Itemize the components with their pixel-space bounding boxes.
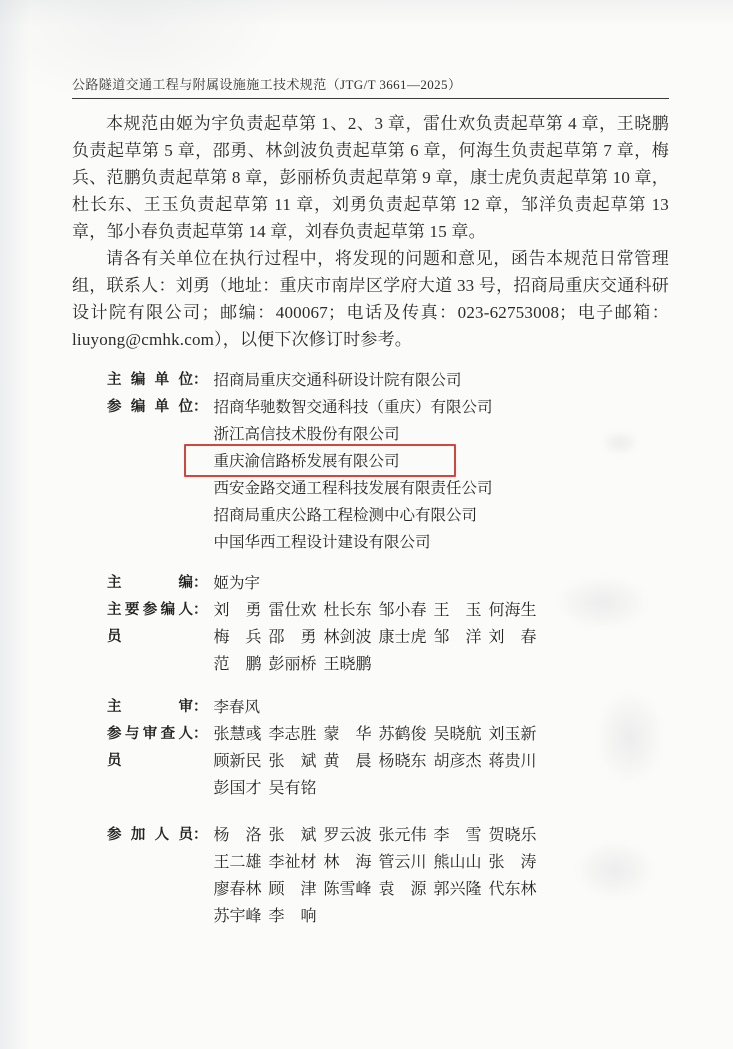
- contact-paragraph: 请各有关单位在执行过程中，将发现的问题和意见，函告本规范日常管理组，联系人：刘勇…: [72, 245, 669, 353]
- company-name: 中国华西工程设计建设有限公司: [214, 529, 670, 556]
- name-row: 刘 勇雷仕欢杜长东邹小春王 玉何海生: [214, 597, 670, 624]
- person-name: 代东林: [489, 876, 537, 903]
- section-content: 姬为宇: [214, 570, 670, 597]
- person-name: 黄 晨: [324, 748, 372, 775]
- section-label: 主编单位: [107, 367, 193, 394]
- reviewers-list: 张慧彧李志胜蒙 华苏鹤俊吴晓航刘玉新顾新民张 斌黄 晨杨晓东胡彦杰蒋贵川彭国才吴…: [214, 721, 670, 802]
- person-name: 杜长东: [324, 597, 372, 624]
- person-name: 王二雄: [214, 849, 262, 876]
- person-name: 苏鹤俊: [379, 721, 427, 748]
- section-colon: ：: [193, 694, 208, 721]
- header-rule: [72, 98, 669, 99]
- person-name: 何海生: [489, 597, 537, 624]
- review-participants-row: 参与审查人员： 张慧彧李志胜蒙 华苏鹤俊吴晓航刘玉新顾新民张 斌黄 晨杨晓东胡彦…: [72, 721, 669, 802]
- document-body: 本规范由姬为宇负责起草第 1、2、3 章，雷仕欢负责起草第 4 章，王晓鹏负责起…: [72, 110, 669, 930]
- person-name: 雷仕欢: [269, 597, 317, 624]
- section-colon: ：: [193, 822, 208, 849]
- company-text: 中国华西工程设计建设有限公司: [214, 534, 431, 551]
- person-name: 刘 勇: [214, 597, 262, 624]
- person-name: 郭兴隆: [434, 876, 482, 903]
- person-name: 彭国才: [214, 775, 262, 802]
- person-name: 李志胜: [269, 721, 317, 748]
- person-name: 林 海: [324, 849, 372, 876]
- person-name: 邹小春: [379, 597, 427, 624]
- person-name: 杨晓东: [379, 748, 427, 775]
- person-name: 李 响: [269, 903, 317, 930]
- name-row: 苏宇峰李 响: [214, 903, 670, 930]
- main-editors-list: 刘 勇雷仕欢杜长东邹小春王 玉何海生梅 兵邵 勇林剑波康士虎邹 洋刘 春范 鹏彭…: [214, 597, 670, 678]
- person-name: 蒙 华: [324, 721, 372, 748]
- person-name: 李春风: [214, 694, 670, 721]
- person-name: 张 斌: [269, 822, 317, 849]
- company-name: 浙江高信技术股份有限公司: [214, 421, 670, 448]
- section-colon: ：: [193, 570, 208, 597]
- person-name: 张 斌: [269, 748, 317, 775]
- name-row: 张慧彧李志胜蒙 华苏鹤俊吴晓航刘玉新: [214, 721, 670, 748]
- person-name: 管云川: [379, 849, 427, 876]
- person-name: 邹 洋: [434, 624, 482, 651]
- person-name: 廖春林: [214, 876, 262, 903]
- participants-group: 参加人员： 杨 洛张 斌罗云波张元伟李 雪贺晓乐王二雄李祉材林 海管云川熊山山张…: [72, 822, 669, 930]
- person-name: 张慧彧: [214, 721, 262, 748]
- person-name: 刘玉新: [489, 721, 537, 748]
- participating-units-list: 招商华驰数智交通科技（重庆）有限公司浙江高信技术股份有限公司重庆渝信路桥发展有限…: [214, 394, 670, 556]
- name-row: 杨 洛张 斌罗云波张元伟李 雪贺晓乐: [214, 822, 670, 849]
- person-name: 姬为宇: [214, 570, 670, 597]
- chief-editing-unit-row: 主编单位： 招商局重庆交通科研设计院有限公司: [72, 367, 669, 394]
- person-name: 梅 兵: [214, 624, 262, 651]
- section-label: 主要参编人员: [107, 597, 193, 651]
- participating-units-row: 参编单位： 招商华驰数智交通科技（重庆）有限公司浙江高信技术股份有限公司重庆渝信…: [72, 394, 669, 556]
- person-name: 刘 春: [489, 624, 537, 651]
- section-colon: ：: [193, 367, 208, 394]
- section-label: 参编单位: [107, 394, 193, 421]
- person-name: 罗云波: [324, 822, 372, 849]
- person-name: 胡彦杰: [434, 748, 482, 775]
- company-name: 招商局重庆交通科研设计院有限公司: [214, 367, 670, 394]
- company-text: 招商华驰数智交通科技（重庆）有限公司: [214, 399, 493, 416]
- section-label: 主审: [107, 694, 193, 721]
- person-name: 袁 源: [379, 876, 427, 903]
- person-name: 蒋贵川: [489, 748, 537, 775]
- person-name: 张元伟: [379, 822, 427, 849]
- section-content: 李春风: [214, 694, 670, 721]
- participants-list: 杨 洛张 斌罗云波张元伟李 雪贺晓乐王二雄李祉材林 海管云川熊山山张 涛廖春林顾…: [214, 822, 670, 930]
- name-row: 范 鹏彭丽桥王晓鹏: [214, 651, 670, 678]
- person-name: 张 涛: [489, 849, 537, 876]
- person-name: 康士虎: [379, 624, 427, 651]
- main-editors-row: 主要参编人员： 刘 勇雷仕欢杜长东邹小春王 玉何海生梅 兵邵 勇林剑波康士虎邹 …: [72, 597, 669, 678]
- person-name: 王 玉: [434, 597, 482, 624]
- person-name: 林剑波: [324, 624, 372, 651]
- person-name: 吴有铭: [269, 775, 317, 802]
- document-page: 公路隧道交通工程与附属设施施工技术规范（JTG/T 3661—2025） 本规范…: [0, 0, 733, 1049]
- company-name: 西安金路交通工程科技发展有限责任公司: [214, 475, 670, 502]
- person-name: 熊山山: [434, 849, 482, 876]
- company-text: 招商局重庆公路工程检测中心有限公司: [214, 507, 478, 524]
- person-name: 彭丽桥: [269, 651, 317, 678]
- section-colon: ：: [193, 394, 208, 421]
- person-name: 王晓鹏: [324, 651, 372, 678]
- person-name: 陈雪峰: [324, 876, 372, 903]
- editors-group: 主编： 姬为宇 主要参编人员： 刘 勇雷仕欢杜长东邹小春王 玉何海生梅 兵邵 勇…: [72, 570, 669, 678]
- company-text: 西安金路交通工程科技发展有限责任公司: [214, 480, 493, 497]
- person-name: 贺晓乐: [489, 822, 537, 849]
- section-colon: ：: [193, 721, 208, 748]
- name-row: 顾新民张 斌黄 晨杨晓东胡彦杰蒋贵川: [214, 748, 670, 775]
- chief-reviewer-row: 主审： 李春风: [72, 694, 669, 721]
- person-name: 苏宇峰: [214, 903, 262, 930]
- person-name: 邵 勇: [269, 624, 317, 651]
- intro-paragraph: 本规范由姬为宇负责起草第 1、2、3 章，雷仕欢负责起草第 4 章，王晓鹏负责起…: [72, 110, 669, 245]
- person-name: 吴晓航: [434, 721, 482, 748]
- reviewers-group: 主审： 李春风 参与审查人员： 张慧彧李志胜蒙 华苏鹤俊吴晓航刘玉新顾新民张 斌…: [72, 694, 669, 802]
- company-text: 浙江高信技术股份有限公司: [214, 426, 400, 443]
- company-name: 招商华驰数智交通科技（重庆）有限公司: [214, 394, 670, 421]
- section-label: 主编: [107, 570, 193, 597]
- section-label: 参与审查人员: [107, 721, 193, 775]
- page-header: 公路隧道交通工程与附属设施施工技术规范（JTG/T 3661—2025）: [72, 74, 669, 107]
- running-title: 公路隧道交通工程与附属设施施工技术规范（JTG/T 3661—2025）: [72, 74, 669, 93]
- person-name: 李祉材: [269, 849, 317, 876]
- name-row: 彭国才吴有铭: [214, 775, 670, 802]
- editing-units-group: 主编单位： 招商局重庆交通科研设计院有限公司 参编单位： 招商华驰数智交通科技（…: [72, 367, 669, 556]
- chief-editor-row: 主编： 姬为宇: [72, 570, 669, 597]
- person-name: 顾新民: [214, 748, 262, 775]
- highlighted-company-red-box: 重庆渝信路桥发展有限公司: [214, 448, 400, 475]
- name-row: 梅 兵邵 勇林剑波康士虎邹 洋刘 春: [214, 624, 670, 651]
- section-colon: ：: [193, 597, 208, 624]
- name-row: 廖春林顾 津陈雪峰袁 源郭兴隆代东林: [214, 876, 670, 903]
- name-row: 王二雄李祉材林 海管云川熊山山张 涛: [214, 849, 670, 876]
- person-name: 范 鹏: [214, 651, 262, 678]
- person-name: 顾 津: [269, 876, 317, 903]
- credits-sections: 主编单位： 招商局重庆交通科研设计院有限公司 参编单位： 招商华驰数智交通科技（…: [72, 367, 669, 930]
- person-name: 杨 洛: [214, 822, 262, 849]
- section-label: 参加人员: [107, 822, 193, 849]
- company-name: 招商局重庆公路工程检测中心有限公司: [214, 502, 670, 529]
- person-name: 李 雪: [434, 822, 482, 849]
- company-name: 重庆渝信路桥发展有限公司: [214, 448, 670, 475]
- participants-row: 参加人员： 杨 洛张 斌罗云波张元伟李 雪贺晓乐王二雄李祉材林 海管云川熊山山张…: [72, 822, 669, 930]
- section-content: 招商局重庆交通科研设计院有限公司: [214, 367, 670, 394]
